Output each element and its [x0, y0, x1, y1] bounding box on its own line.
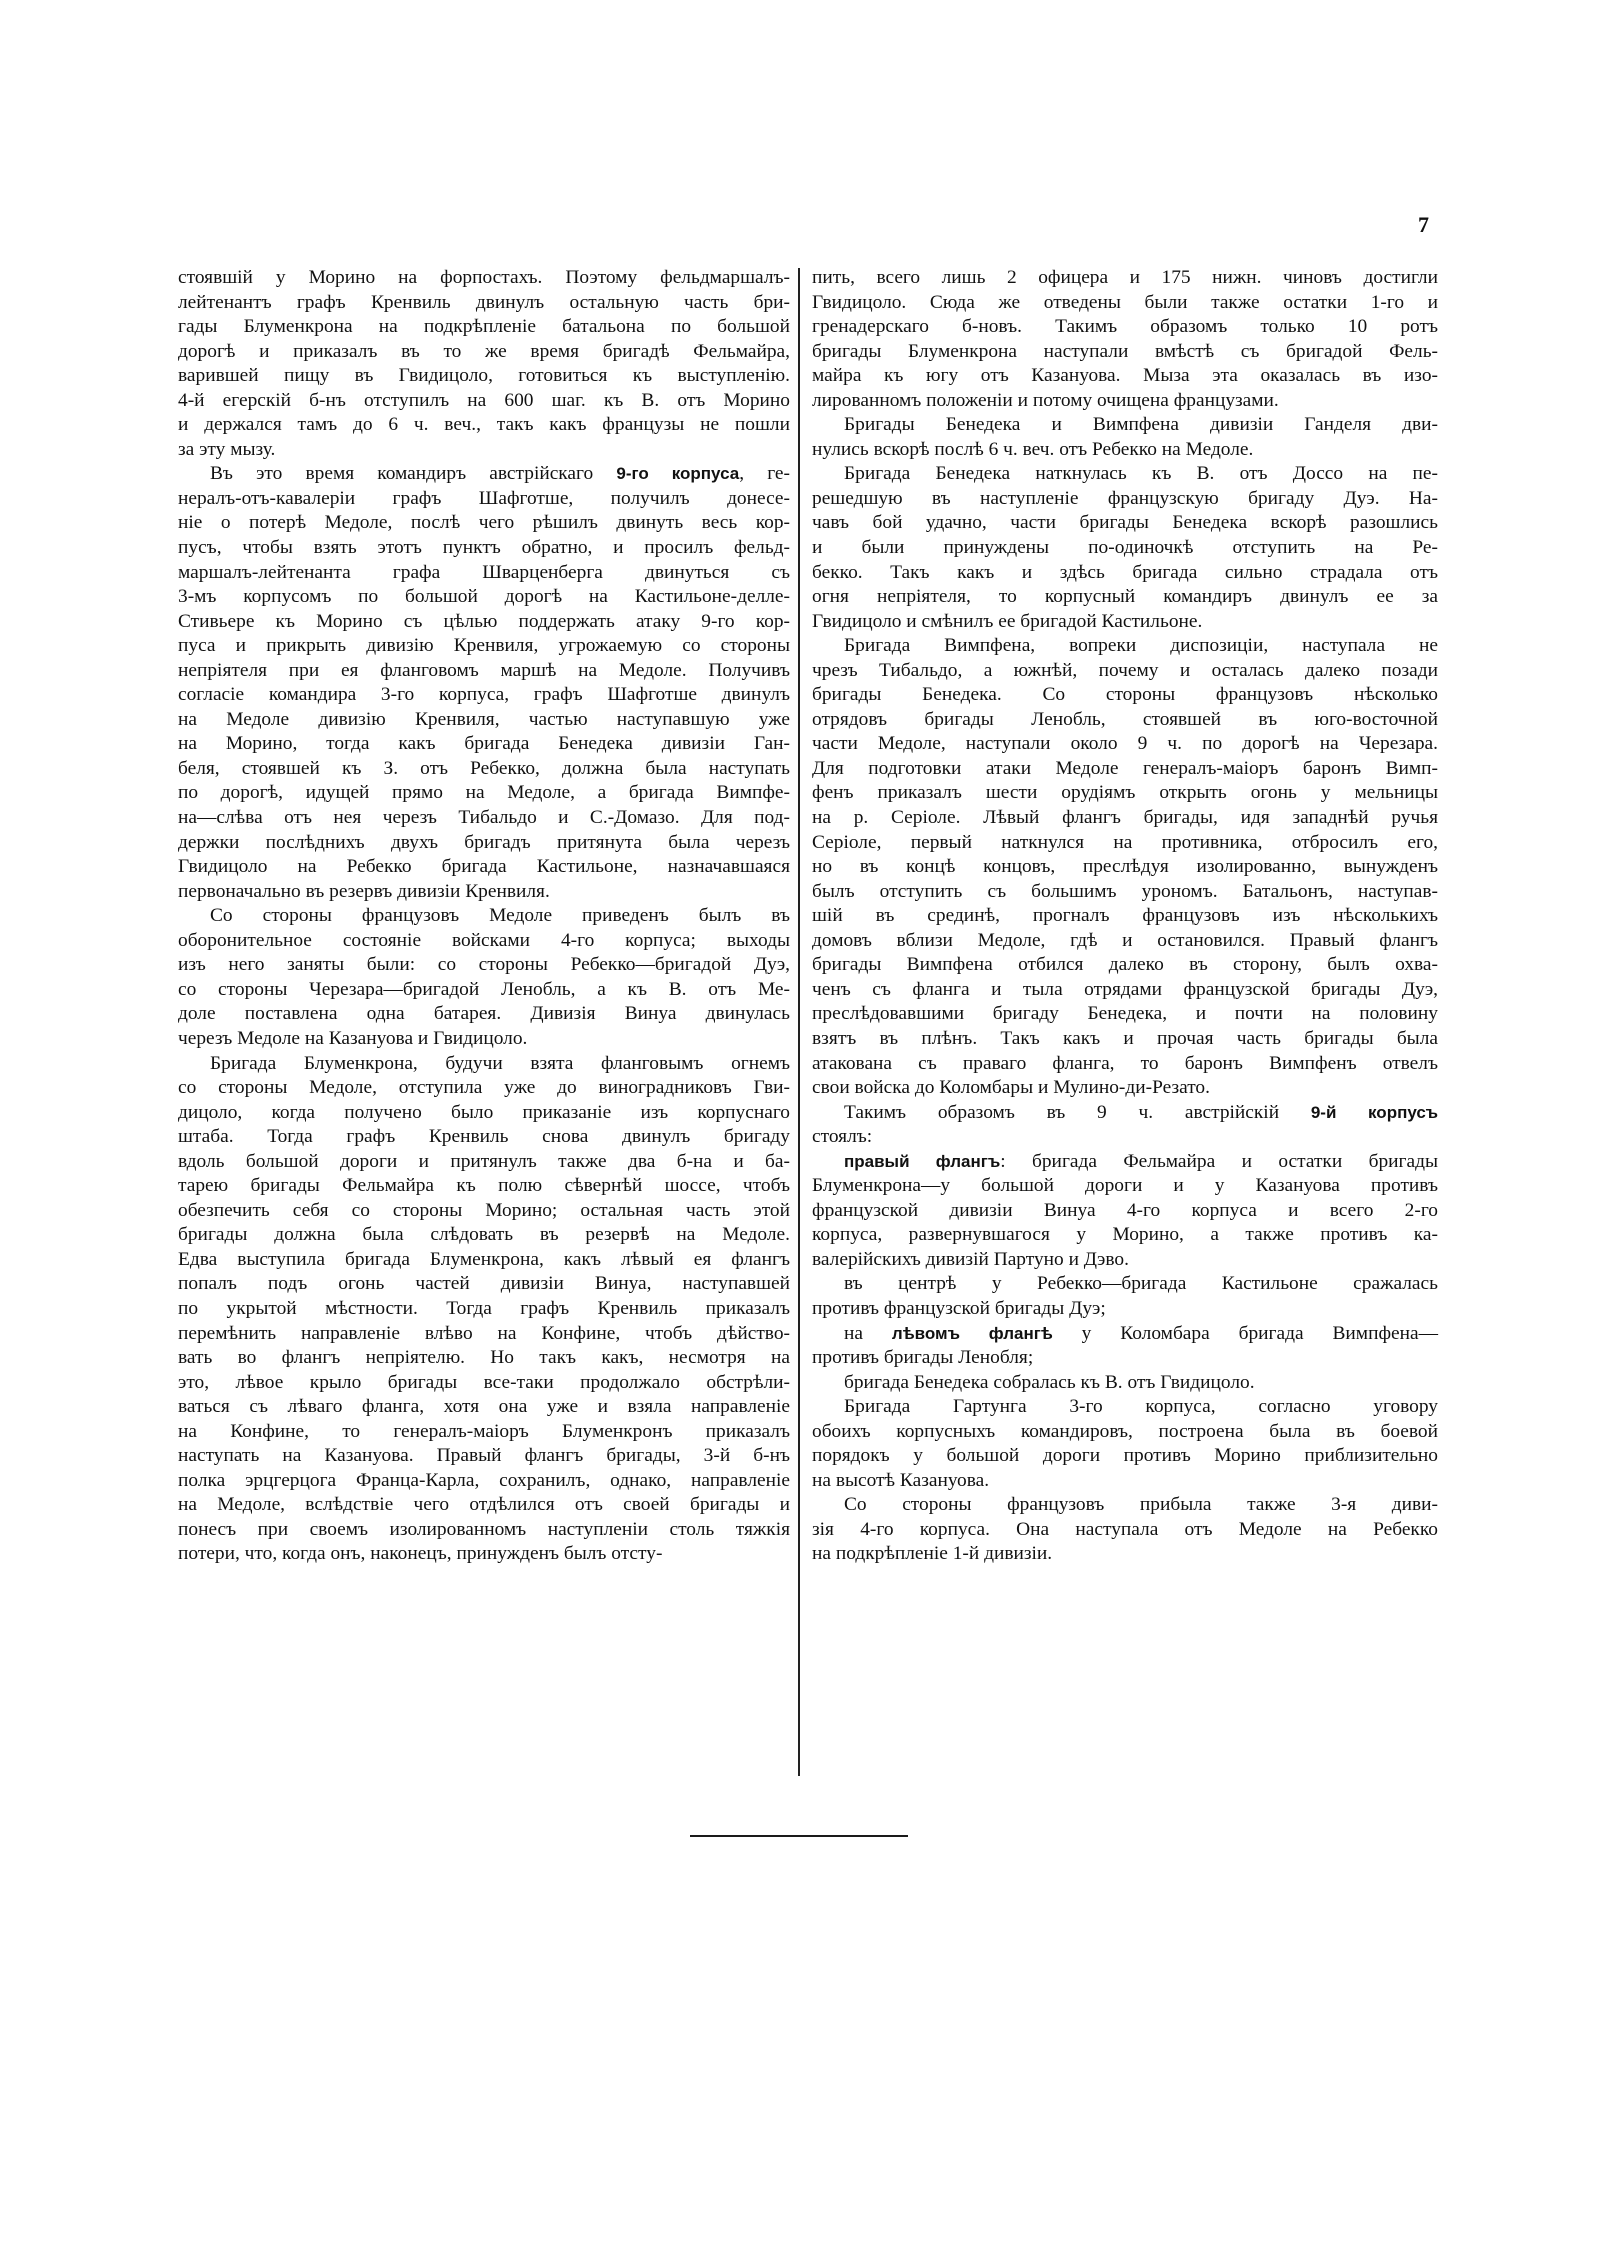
- text-line: Гвидицоло и смѣнилъ ее бригадой Кастильо…: [812, 610, 1438, 635]
- bold-term: 9-го корпуса: [616, 464, 739, 483]
- document-page: 7 стоявшій у Морино на форпостахъ. Поэто…: [0, 0, 1600, 2244]
- text-line: 3-мъ корпусомъ по большой дорогѣ на Каст…: [178, 585, 790, 610]
- text-line: былъ отступить съ большимъ урономъ. Бата…: [812, 880, 1438, 905]
- bold-term: 9-й корпусъ: [1311, 1103, 1438, 1122]
- text-line: Бригада Бенедека наткнулась къ В. отъ До…: [812, 462, 1438, 487]
- text-line: это, лѣвое крыло бригады все-таки продол…: [178, 1371, 790, 1396]
- text-line: черезъ Медоле на Казануова и Гвидицоло.: [178, 1027, 790, 1052]
- text-line: и держался тамъ до 6 ч. веч., такъ какъ …: [178, 413, 790, 438]
- text-line: огня непріятеля, то корпусный командиръ …: [812, 585, 1438, 610]
- text-line: на Медоле дивизію Кренвиля, частью насту…: [178, 708, 790, 733]
- text-line: перемѣнить направленіе влѣво на Конфине,…: [178, 1322, 790, 1347]
- text-line: свои войска до Коломбары и Мулино-ди-Рез…: [812, 1076, 1438, 1101]
- text-line: лированномъ положеніи и потому очищена ф…: [812, 389, 1438, 414]
- text-line: согласіе командира 3-го корпуса, графъ Ш…: [178, 683, 790, 708]
- text-line: варившей пищу въ Гвидицоло, готовиться к…: [178, 364, 790, 389]
- text-line: маршалъ-лейтенанта графа Шварценберга дв…: [178, 561, 790, 586]
- text-line: 4-й егерскій б-нъ отступилъ на 600 шаг. …: [178, 389, 790, 414]
- text-line: взятъ въ плѣнъ. Такъ какъ и прочая часть…: [812, 1027, 1438, 1052]
- text-line: бригада Бенедека собралась къ В. отъ Гви…: [812, 1371, 1438, 1396]
- text-line: бригады Бенедека. Со стороны французовъ …: [812, 683, 1438, 708]
- text-line: бекко. Такъ какъ и здѣсь бригада сильно …: [812, 561, 1438, 586]
- paragraph: пить, всего лишь 2 офицера и 175 нижн. ч…: [812, 266, 1438, 413]
- text-line: на Морино, тогда какъ бригада Бенедека д…: [178, 732, 790, 757]
- text-line: Гвидицоло. Сюда же отведены были также о…: [812, 291, 1438, 316]
- paragraph: правый флангъ: бригада Фельмайра и остат…: [812, 1150, 1438, 1273]
- text-line: французской дивизіи Винуа 4-го корпуса и…: [812, 1199, 1438, 1224]
- text-line: нералъ-отъ-кавалеріи графъ Шафготше, пол…: [178, 487, 790, 512]
- text-line: противъ бригады Ленобля;: [812, 1346, 1438, 1371]
- text-line: пусъ, чтобы взять этотъ пунктъ обратно, …: [178, 536, 790, 561]
- bold-term: лѣвомъ флангѣ: [892, 1324, 1053, 1343]
- text-line: на—слѣва отъ нея черезъ Тибальдо и С.-До…: [178, 806, 790, 831]
- paragraph: бригада Бенедека собралась къ В. отъ Гви…: [812, 1371, 1438, 1396]
- text-line: Со стороны французовъ прибыла также 3-я …: [812, 1493, 1438, 1518]
- text-line: первоначально въ резервъ дивизіи Кренвил…: [178, 880, 790, 905]
- text-line: тарею бригады Фельмайра къ полю сѣвернѣй…: [178, 1174, 790, 1199]
- text-line: Бригады Бенедека и Вимпфена дивизіи Ганд…: [812, 413, 1438, 438]
- text-line: на р. Серіоле. Лѣвый флангъ бригады, идя…: [812, 806, 1438, 831]
- text-line: майра къ югу отъ Казануова. Мыза эта ока…: [812, 364, 1438, 389]
- text-line: Бригада Гартунга 3-го корпуса, согласно …: [812, 1395, 1438, 1420]
- text-line: Серіоле, первый наткнулся на противника,…: [812, 831, 1438, 856]
- text-line: пуса и прикрыть дивизію Кренвиля, угрожа…: [178, 634, 790, 659]
- text-line: стоявшій у Морино на форпостахъ. Поэтому…: [178, 266, 790, 291]
- text-line: гренадерскаго б-новъ. Такимъ образомъ то…: [812, 315, 1438, 340]
- text-line: но въ концѣ концовъ, преслѣдуя изолирова…: [812, 855, 1438, 880]
- text-line: наступать на Казануова. Правый флангъ бр…: [178, 1444, 790, 1469]
- text-line: Со стороны французовъ Медоле приведенъ б…: [178, 904, 790, 929]
- text-line: потери, что, когда онъ, наконецъ, принуж…: [178, 1542, 790, 1567]
- text-line: шій въ срединѣ, прогналъ французовъ изъ …: [812, 904, 1438, 929]
- text-line: противъ французской бригады Дуэ;: [812, 1297, 1438, 1322]
- paragraph: стоявшій у Морино на форпостахъ. Поэтому…: [178, 266, 790, 462]
- bold-term: правый флангъ: [844, 1152, 1000, 1171]
- text-line: штаба. Тогда графъ Кренвиль снова двинул…: [178, 1125, 790, 1150]
- end-of-section-rule: [690, 1835, 908, 1837]
- paragraph: Бригада Вимпфена, вопреки диспозиціи, на…: [812, 634, 1438, 1100]
- text-line: порядокъ у большой дороги противъ Морино…: [812, 1444, 1438, 1469]
- paragraph: Такимъ образомъ въ 9 ч. австрійскій 9-й …: [812, 1101, 1438, 1150]
- text-line: на подкрѣпленіе 1-й дивизіи.: [812, 1542, 1438, 1567]
- paragraph: Со стороны французовъ Медоле приведенъ б…: [178, 904, 790, 1051]
- text-line: гады Блуменкрона на подкрѣпленіе батальо…: [178, 315, 790, 340]
- text-line: зія 4-го корпуса. Она наступала отъ Медо…: [812, 1518, 1438, 1543]
- text-line: стоялъ:: [812, 1125, 1438, 1150]
- text-line: на высотѣ Казануова.: [812, 1469, 1438, 1494]
- text-line: за эту мызу.: [178, 438, 790, 463]
- paragraph: Въ это время командиръ австрійскаго 9-го…: [178, 462, 790, 904]
- text-line: домовъ вблизи Медоле, гдѣ и остановился.…: [812, 929, 1438, 954]
- text-line: чавъ бой удачно, части бригады Бенедека …: [812, 511, 1438, 536]
- text-line: оборонительное состояніе войсками 4-го к…: [178, 929, 790, 954]
- text-line: на Конфине, то генералъ-маіоръ Блуменкро…: [178, 1420, 790, 1445]
- paragraph: Бригада Бенедека наткнулась къ В. отъ До…: [812, 462, 1438, 634]
- text-line: обезпечить себя со стороны Морино; остал…: [178, 1199, 790, 1224]
- paragraph: на лѣвомъ флангѣ у Коломбара бригада Вим…: [812, 1322, 1438, 1371]
- paragraph: Бригада Гартунга 3-го корпуса, согласно …: [812, 1395, 1438, 1493]
- text-line: ніе о потерѣ Медоле, послѣ чего рѣшилъ д…: [178, 511, 790, 536]
- text-line: бригады должна была слѣдовать въ резервѣ…: [178, 1223, 790, 1248]
- text-line: Бригада Вимпфена, вопреки диспозиціи, на…: [812, 634, 1438, 659]
- paragraph: Бригада Блуменкрона, будучи взята фланго…: [178, 1052, 790, 1567]
- text-line: Гвидицоло на Ребекко бригада Кастильоне,…: [178, 855, 790, 880]
- text-line: держки послѣднихъ двухъ бригадъ притянут…: [178, 831, 790, 856]
- text-line: и были принуждены по-одиночкѣ отступить …: [812, 536, 1438, 561]
- text-line: на Медоле, вслѣдствіе чего отдѣлился отъ…: [178, 1493, 790, 1518]
- page-number: 7: [1418, 212, 1429, 238]
- text-line: бригады Блуменкрона наступали вмѣстѣ съ …: [812, 340, 1438, 365]
- text-line: со стороны Черезара—бригадой Ленобль, а …: [178, 978, 790, 1003]
- text-line: валерійскихъ дивизій Партуно и Дэво.: [812, 1248, 1438, 1273]
- text-line: лейтенантъ графъ Кренвиль двинулъ осталь…: [178, 291, 790, 316]
- text-line: доле поставлена одна батарея. Дивизія Ви…: [178, 1002, 790, 1027]
- text-line: по укрытой мѣстности. Тогда графъ Кренви…: [178, 1297, 790, 1322]
- text-line: Едва выступила бригада Блуменкрона, какъ…: [178, 1248, 790, 1273]
- text-line: атакована съ праваго фланга, то баронъ В…: [812, 1052, 1438, 1077]
- text-line: пить, всего лишь 2 офицера и 175 нижн. ч…: [812, 266, 1438, 291]
- paragraph: въ центрѣ у Ребекко—бригада Кастильоне с…: [812, 1272, 1438, 1321]
- text-line: по дорогѣ, идущей прямо на Медоле, а бри…: [178, 781, 790, 806]
- text-line: на лѣвомъ флангѣ у Коломбара бригада Вим…: [812, 1322, 1438, 1347]
- text-line: преслѣдовавшими бригаду Бенедека, и почт…: [812, 1002, 1438, 1027]
- paragraph: Со стороны французовъ прибыла также 3-я …: [812, 1493, 1438, 1567]
- text-line: отрядовъ бригады Ленобль, стоявшей въ юг…: [812, 708, 1438, 733]
- text-line: со стороны Медоле, отступила уже до вино…: [178, 1076, 790, 1101]
- text-line: Стивьере къ Морино съ цѣлью поддержать а…: [178, 610, 790, 635]
- text-line: чрезъ Тибальдо, а южнѣй, почему и остала…: [812, 659, 1438, 684]
- text-line: Такимъ образомъ въ 9 ч. австрійскій 9-й …: [812, 1101, 1438, 1126]
- text-line: Въ это время командиръ австрійскаго 9-го…: [178, 462, 790, 487]
- text-line: решедшую въ наступленіе французскую бриг…: [812, 487, 1438, 512]
- text-line: правый флангъ: бригада Фельмайра и остат…: [812, 1150, 1438, 1175]
- text-line: изъ него заняты были: со стороны Ребекко…: [178, 953, 790, 978]
- column-divider: [798, 268, 800, 1776]
- right-text-column: пить, всего лишь 2 офицера и 175 нижн. ч…: [812, 266, 1438, 1567]
- left-text-column: стоявшій у Морино на форпостахъ. Поэтому…: [178, 266, 790, 1567]
- text-line: Бригада Блуменкрона, будучи взята фланго…: [178, 1052, 790, 1077]
- text-line: фенъ приказалъ шести орудіямъ открыть ог…: [812, 781, 1438, 806]
- text-line: бригады Вимпфена отбился далеко въ сторо…: [812, 953, 1438, 978]
- text-line: вать во флангъ непріятелю. Но такъ какъ,…: [178, 1346, 790, 1371]
- text-line: нулись вскорѣ послѣ 6 ч. веч. отъ Ребекк…: [812, 438, 1438, 463]
- text-line: беля, стоявшей къ З. отъ Ребекко, должна…: [178, 757, 790, 782]
- text-line: ваться съ лѣваго фланга, хотя она уже и …: [178, 1395, 790, 1420]
- text-line: дорогѣ и приказалъ въ то же время бригад…: [178, 340, 790, 365]
- text-line: полка эрцгерцога Франца-Карла, сохранилъ…: [178, 1469, 790, 1494]
- paragraph: Бригады Бенедека и Вимпфена дивизіи Ганд…: [812, 413, 1438, 462]
- text-line: вдоль большой дороги и притянулъ также д…: [178, 1150, 790, 1175]
- text-line: въ центрѣ у Ребекко—бригада Кастильоне с…: [812, 1272, 1438, 1297]
- text-line: непріятеля при ея фланговомъ маршѣ на Ме…: [178, 659, 790, 684]
- text-line: части Медоле, наступали около 9 ч. по до…: [812, 732, 1438, 757]
- text-line: обоихъ корпусныхъ командировъ, построена…: [812, 1420, 1438, 1445]
- text-line: Для подготовки атаки Медоле генералъ-маі…: [812, 757, 1438, 782]
- text-line: попалъ подъ огонь частей дивизіи Винуа, …: [178, 1272, 790, 1297]
- text-line: понесъ при своемъ изолированномъ наступл…: [178, 1518, 790, 1543]
- text-line: Блуменкрона—у большой дороги и у Казануо…: [812, 1174, 1438, 1199]
- text-line: корпуса, развернувшагося у Морино, а так…: [812, 1223, 1438, 1248]
- text-line: дицоло, когда получено было приказаніе и…: [178, 1101, 790, 1126]
- text-line: ченъ съ фланга и тыла отрядами французск…: [812, 978, 1438, 1003]
